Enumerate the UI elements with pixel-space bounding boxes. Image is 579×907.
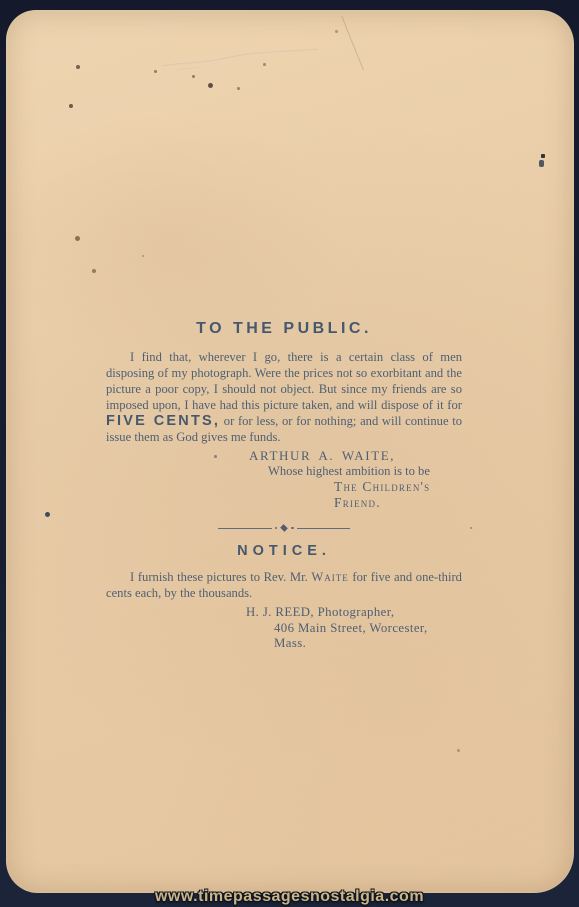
paragraph-text-part1: I find that, wherever I go, there is a c…: [106, 350, 462, 412]
five-cents-highlight: FIVE CENTS,: [106, 413, 220, 429]
signature-motto-line1: Whose highest ambition is to be: [268, 464, 462, 480]
foxing-spot: [237, 87, 240, 90]
foxing-spot: [154, 70, 157, 73]
divider-dot: [291, 527, 294, 530]
ink-mark: [539, 160, 544, 167]
foxing-spot: [457, 749, 460, 752]
foxing-spot: [192, 75, 195, 78]
faint-pencil-inscription: [156, 40, 326, 76]
photographer-block: H. J. REED, Photographer, 406 Main Stree…: [106, 605, 462, 652]
foxing-spot: [208, 83, 213, 88]
divider-rule-left: [218, 528, 272, 529]
antique-card-back: TO THE PUBLIC. I find that, wherever I g…: [6, 10, 574, 893]
foxing-spot: [335, 30, 338, 33]
watermark-url: www.timepassagesnostalgia.com: [0, 888, 579, 906]
divider-rule-right: [297, 528, 351, 529]
printed-text-block: TO THE PUBLIC. I find that, wherever I g…: [106, 320, 462, 652]
photographer-name: H. J. REED, Photographer,: [246, 605, 462, 621]
photographer-address: 406 Main Street, Worcester, Mass.: [274, 621, 462, 652]
ink-dot: [45, 512, 50, 517]
notice-text-part1: I furnish these pictures to Rev. Mr.: [130, 570, 311, 584]
divider-diamond: [280, 524, 288, 532]
signature-block: ARTHUR A. WAITE, Whose highest ambition …: [106, 448, 462, 510]
foxing-spot: [75, 236, 80, 241]
ink-mark: [541, 154, 545, 158]
public-section-paragraph: I find that, wherever I go, there is a c…: [106, 349, 462, 445]
divider-ornament: [218, 524, 350, 532]
reverend-name: Waite: [311, 570, 348, 584]
divider-dot: [275, 527, 278, 530]
foxing-spot: [142, 255, 144, 257]
public-section-title: TO THE PUBLIC.: [106, 320, 462, 338]
photo-background: TO THE PUBLIC. I find that, wherever I g…: [0, 0, 579, 907]
foxing-spot: [69, 104, 73, 108]
foxing-spot: [76, 65, 80, 69]
foxing-spot: [92, 269, 96, 273]
foxing-spot: [263, 63, 266, 66]
notice-paragraph: I furnish these pictures to Rev. Mr. Wai…: [106, 569, 462, 601]
notice-section-title: NOTICE.: [106, 543, 462, 559]
signature-name: ARTHUR A. WAITE,: [249, 448, 462, 464]
signature-motto-line2: The Children's Friend.: [334, 479, 462, 510]
crease-mark: [341, 16, 364, 70]
foxing-spot: [470, 527, 472, 529]
